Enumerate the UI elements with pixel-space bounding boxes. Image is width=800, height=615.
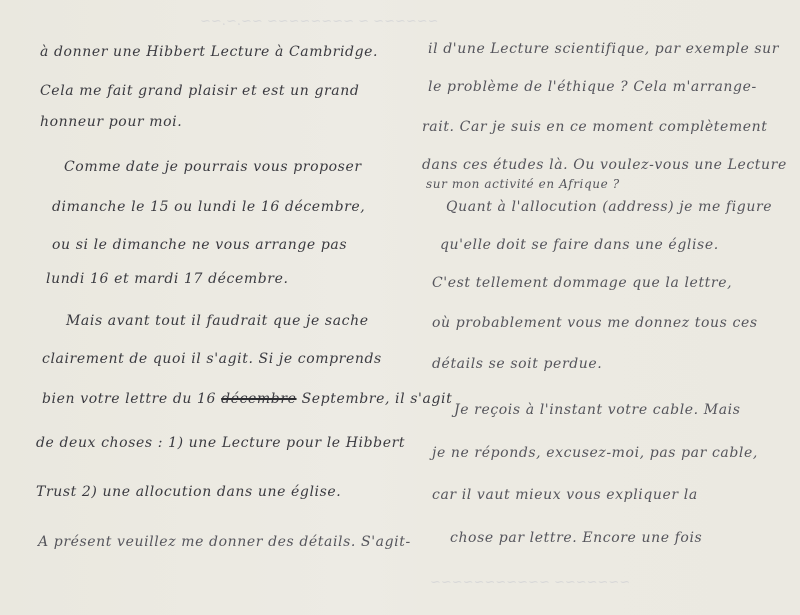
letter-line: où probablement vous me donnez tous ces (432, 316, 758, 330)
letter-line: détails se soit perdue. (432, 357, 602, 371)
struck-out-word: décembre (221, 391, 296, 407)
letter-line: Trust 2) une allocution dans une église. (36, 485, 341, 499)
letter-line: C'est tellement dommage que la lettre, (432, 276, 732, 290)
letter-line: Je reçois à l'instant votre cable. Mais (454, 403, 741, 417)
letter-line: lundi 16 et mardi 17 décembre. (46, 272, 289, 286)
letter-line: A présent veuillez me donner des détails… (38, 535, 411, 549)
letter-line: le problème de l'éthique ? Cela m'arrang… (428, 80, 757, 94)
letter-line: clairement de quoi il s'agit. Si je comp… (42, 352, 382, 366)
letter-line: Comme date je pourrais vous proposer (64, 160, 362, 174)
letter-line: sur mon activité en Afrique ? (426, 178, 620, 190)
letter-spread: ~~~~~~ ~ ~~~~~~~~ ~~.~.~~ ~~~~~~~ ~~~~~~… (0, 0, 800, 615)
letter-line: bien votre lettre du 16 décembre Septemb… (42, 392, 452, 406)
letter-line: dans ces études là. Ou voulez-vous une L… (422, 158, 787, 172)
letter-line: à donner une Hibbert Lecture à Cambridge… (40, 45, 378, 59)
letter-line: Cela me fait grand plaisir et est un gra… (40, 84, 359, 98)
letter-line: il d'une Lecture scientifique, par exemp… (428, 42, 779, 56)
letter-line: je ne réponds, excusez-moi, pas par cabl… (432, 446, 758, 460)
letter-line: ou si le dimanche ne vous arrange pas (52, 238, 347, 252)
letter-line: rait. Car je suis en ce moment complètem… (422, 120, 768, 134)
text-segment: bien votre lettre du 16 (42, 391, 216, 407)
letter-line: de deux choses : 1) une Lecture pour le … (36, 436, 405, 450)
letter-line: Mais avant tout il faudrait que je sache (66, 314, 369, 328)
letter-line: chose par lettre. Encore une fois (450, 531, 702, 545)
letter-line: car il vaut mieux vous expliquer la (432, 488, 698, 502)
left-page: à donner une Hibbert Lecture à Cambridge… (0, 0, 410, 615)
letter-line: honneur pour moi. (40, 115, 182, 129)
letter-line: Quant à l'allocution (address) je me fig… (446, 200, 772, 214)
right-page: il d'une Lecture scientifique, par exemp… (410, 0, 800, 615)
letter-line: dimanche le 15 ou lundi le 16 décembre, (52, 200, 365, 214)
letter-line: qu'elle doit se faire dans une église. (440, 238, 719, 252)
